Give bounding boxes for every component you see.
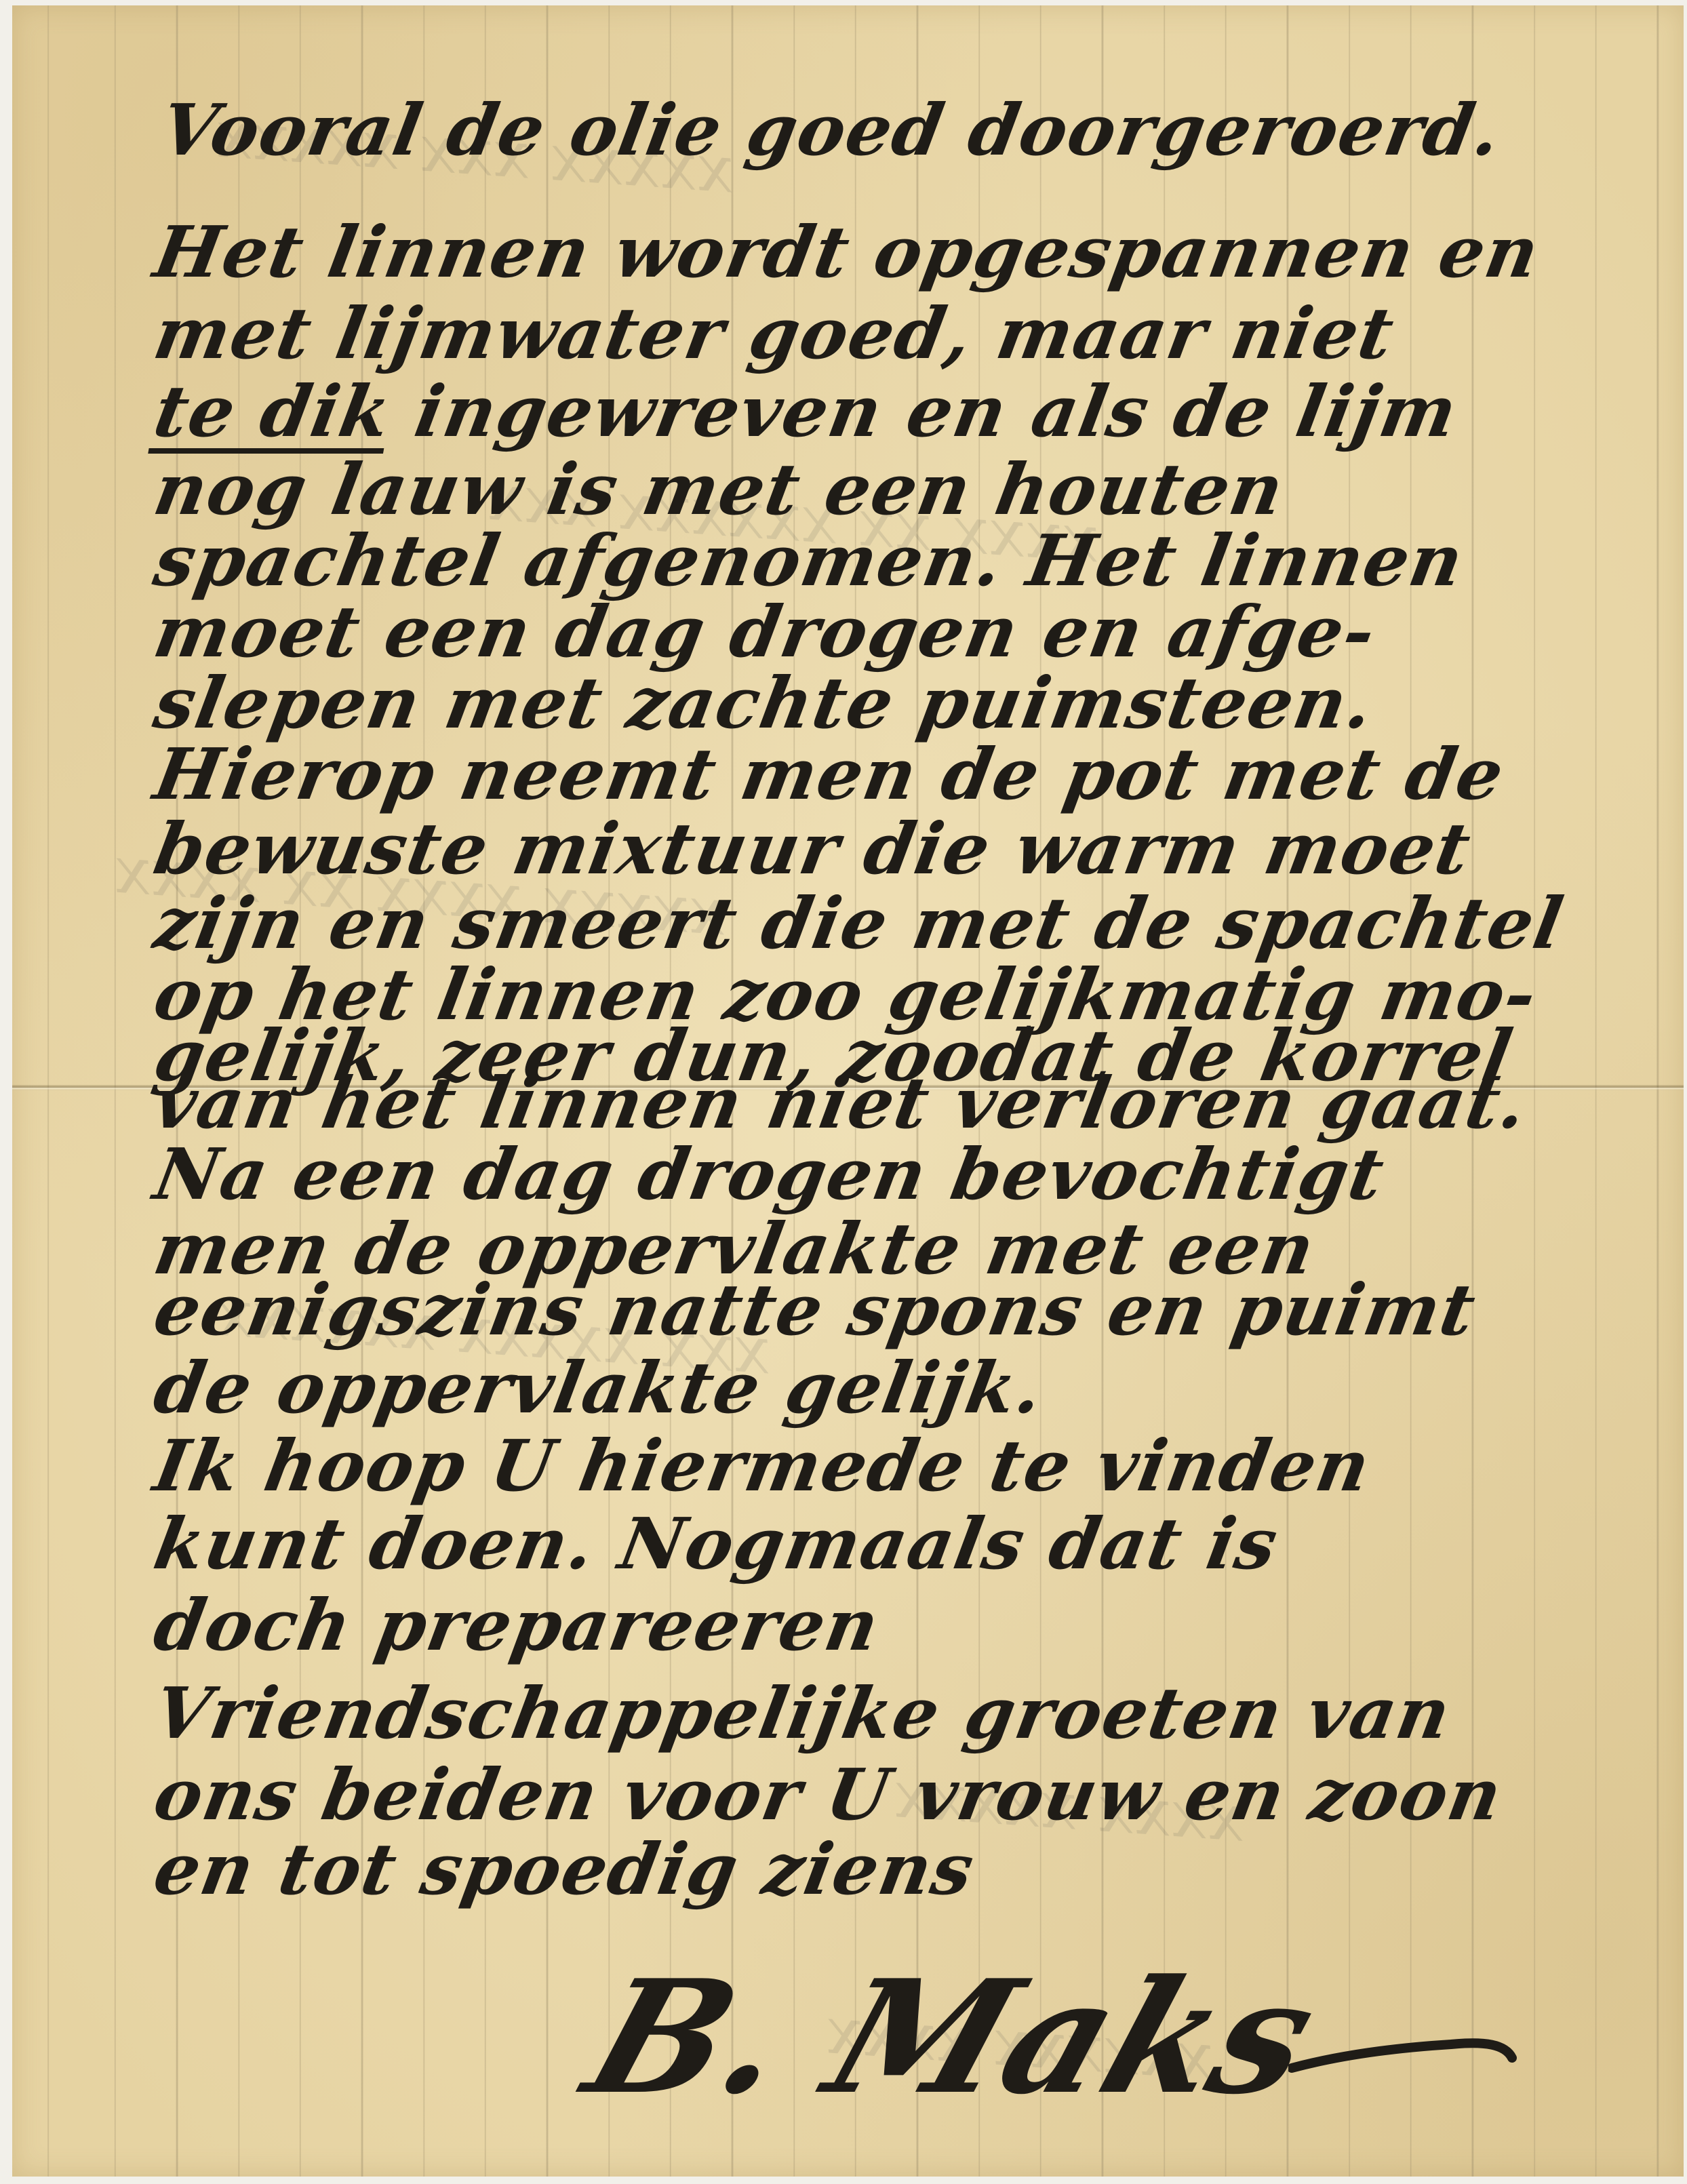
letter-line-4: te dik ingewreven en als de lijm [149, 376, 1463, 447]
letter-line-21: doch prepareeren [149, 1590, 885, 1661]
letter-body: Vooral de olie goed doorgeroerd. Het lin… [0, 0, 1687, 2184]
letter-line-11: zijn en smeert die met de spachtel [149, 888, 1569, 959]
letter-line-6: spachtel afgenomen. Het linnen [149, 525, 1469, 596]
letter-line-3: met lijmwater goed, maar niet [149, 298, 1400, 369]
letter-line-18: de oppervlakte gelijk. [149, 1353, 1049, 1423]
letter-line-7: moet een dag drogen en afge- [149, 597, 1381, 667]
letter-line-22: Vriendschappelijke groeten van [149, 1678, 1456, 1749]
letter-line-17: eenigszins natte spons en puimt [149, 1275, 1481, 1345]
letter-line-19: Ik hoop U hiermede te vinden [149, 1431, 1376, 1501]
letter-line-10: bewuste mixtuur die warm moet [149, 814, 1476, 884]
signature: B. Maks [567, 1946, 1336, 2129]
letter-line-23: ons beiden voor U vrouw en zoon [149, 1760, 1508, 1830]
letter-line-2: Het linnen wordt opgespannen en [149, 217, 1545, 287]
letter-line-9: Hierop neemt men de pot met de [149, 739, 1509, 810]
letter-line-1: Vooral de olie goed doorgeroerd. [156, 95, 1507, 165]
letter-line-24: en tot spoedig ziens [149, 1834, 980, 1905]
letter-line-5: nog lauw is met een houten [149, 454, 1290, 525]
underlined-emphasis: te dik [148, 370, 397, 453]
signature-flourish-icon [1288, 2034, 1519, 2075]
letter-line-14: van het linnen niet verloren gaat. [149, 1068, 1533, 1138]
letter-line-8: slepen met zachte puimsteen. [149, 668, 1379, 738]
letter-line-20: kunt doen. Nogmaals dat is [149, 1509, 1284, 1579]
letter-line-15: Na een dag drogen bevochtigt [149, 1139, 1390, 1210]
letter-line-4-rest: ingewreven en als de lijm [383, 370, 1464, 453]
